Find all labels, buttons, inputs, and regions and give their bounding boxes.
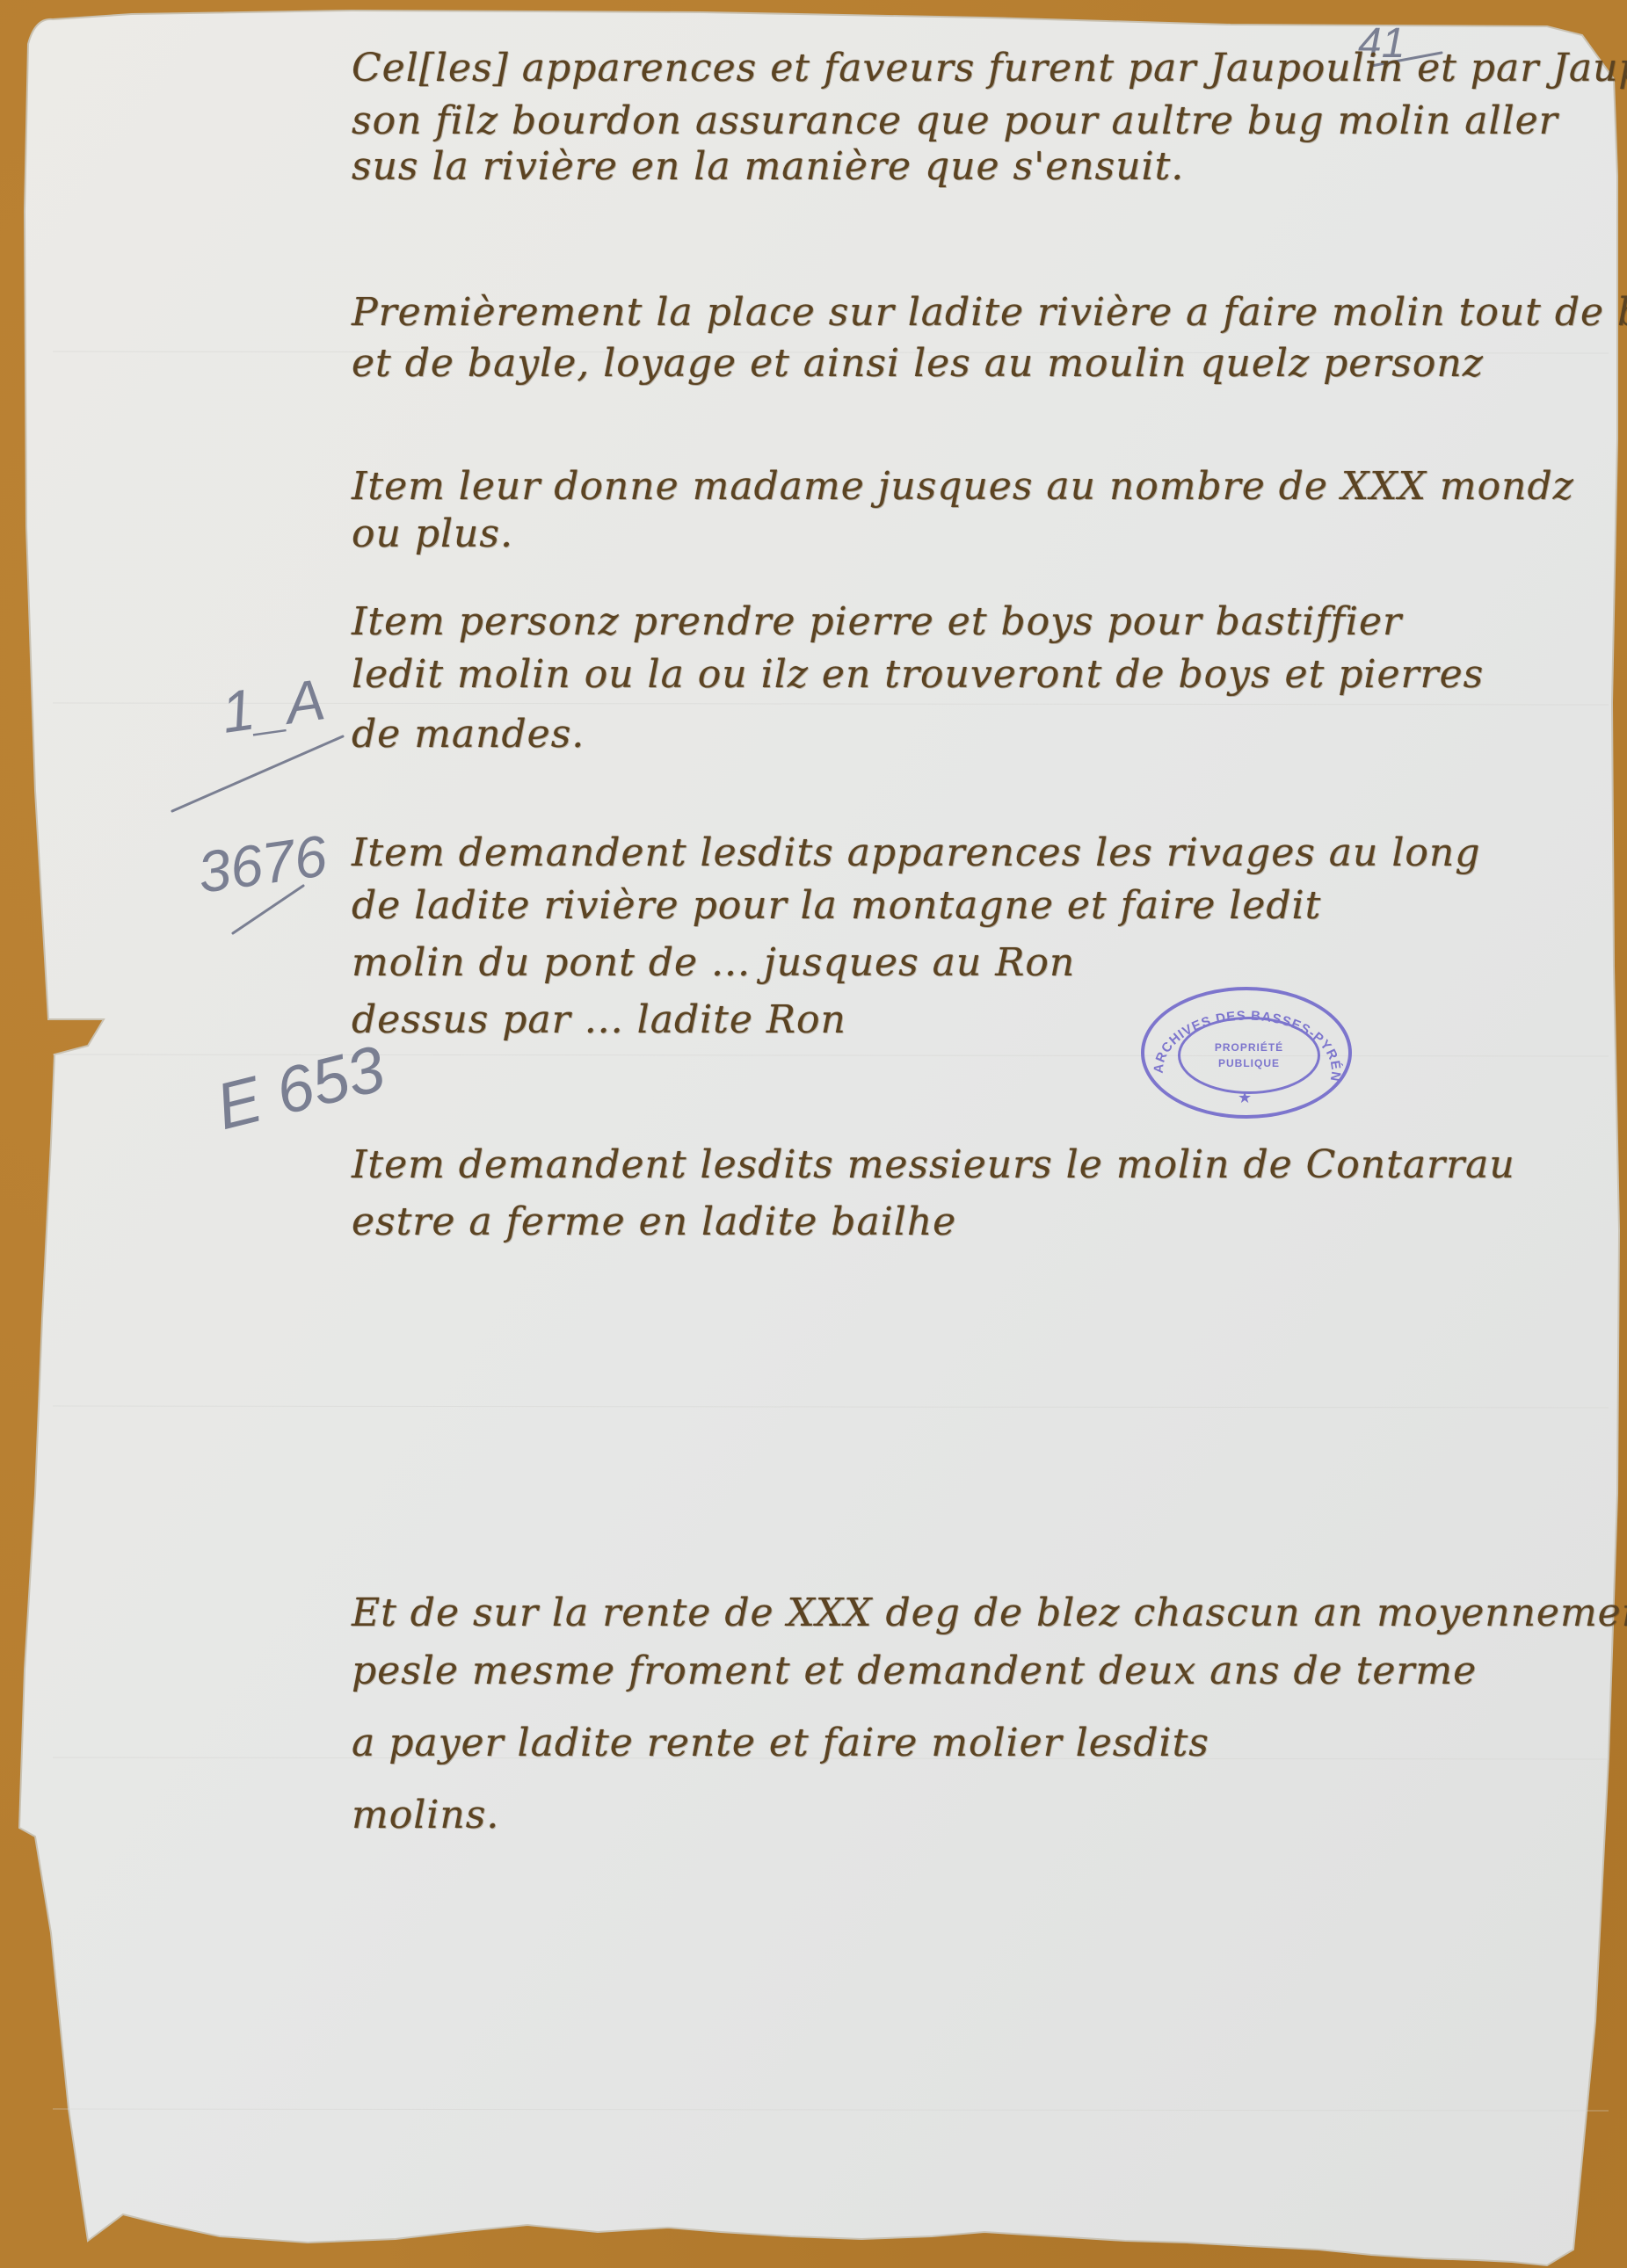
manuscript-page: 41 Cel[les] apparences et faveurs furent…: [0, 0, 1627, 2268]
text-line: sus la rivière en la manière que s'ensui…: [352, 144, 1184, 189]
text-line: de ladite rivière pour la montagne et fa…: [352, 883, 1321, 928]
text-line: Et de sur la rente de XXX deg de blez ch…: [352, 1590, 1627, 1635]
text-line: de mandes.: [352, 712, 585, 757]
text-line: Item leur donne madame jusques au nombre…: [352, 464, 1574, 509]
text-line: Item demandent lesdits apparences les ri…: [352, 830, 1480, 875]
text-line: pesle mesme froment et demandent deux an…: [352, 1648, 1477, 1693]
text-line: a payer ladite rente et faire molier les…: [352, 1721, 1209, 1765]
stamp-line-1: PROPRIÉTÉ: [1215, 1040, 1283, 1055]
archive-stamp: ARCHIVES DES BASSES-PYRÉNÉES PROPRIÉTÉ P…: [1141, 987, 1352, 1119]
text-line: dessus par ... ladite Ron: [352, 997, 846, 1042]
stamp-center: PROPRIÉTÉ PUBLIQUE: [1178, 1017, 1320, 1094]
text-line: Cel[les] apparences et faveurs furent pa…: [352, 46, 1627, 91]
stamp-line-2: PUBLIQUE: [1218, 1055, 1280, 1071]
text-line: molins.: [352, 1793, 499, 1837]
text-line: Premièrement la place sur ladite rivière…: [352, 290, 1627, 335]
text-line: et de bayle, loyage et ainsi les au moul…: [352, 341, 1484, 386]
text-line: molin du pont de ... jusques au Ron: [352, 940, 1075, 985]
text-line: estre a ferme en ladite bailhe: [352, 1199, 956, 1244]
text-line: Item personz prendre pierre et boys pour…: [352, 599, 1402, 644]
text-line: son filz bourdon assurance que pour ault…: [352, 98, 1558, 143]
text-line: ou plus.: [352, 511, 513, 556]
margin-note-top: 1_A: [217, 665, 329, 746]
star-icon: ★: [1238, 1089, 1252, 1107]
text-line: ledit molin ou la ou ilz en trouveront d…: [352, 652, 1484, 697]
text-line: Item demandent lesdits messieurs le moli…: [352, 1142, 1515, 1187]
